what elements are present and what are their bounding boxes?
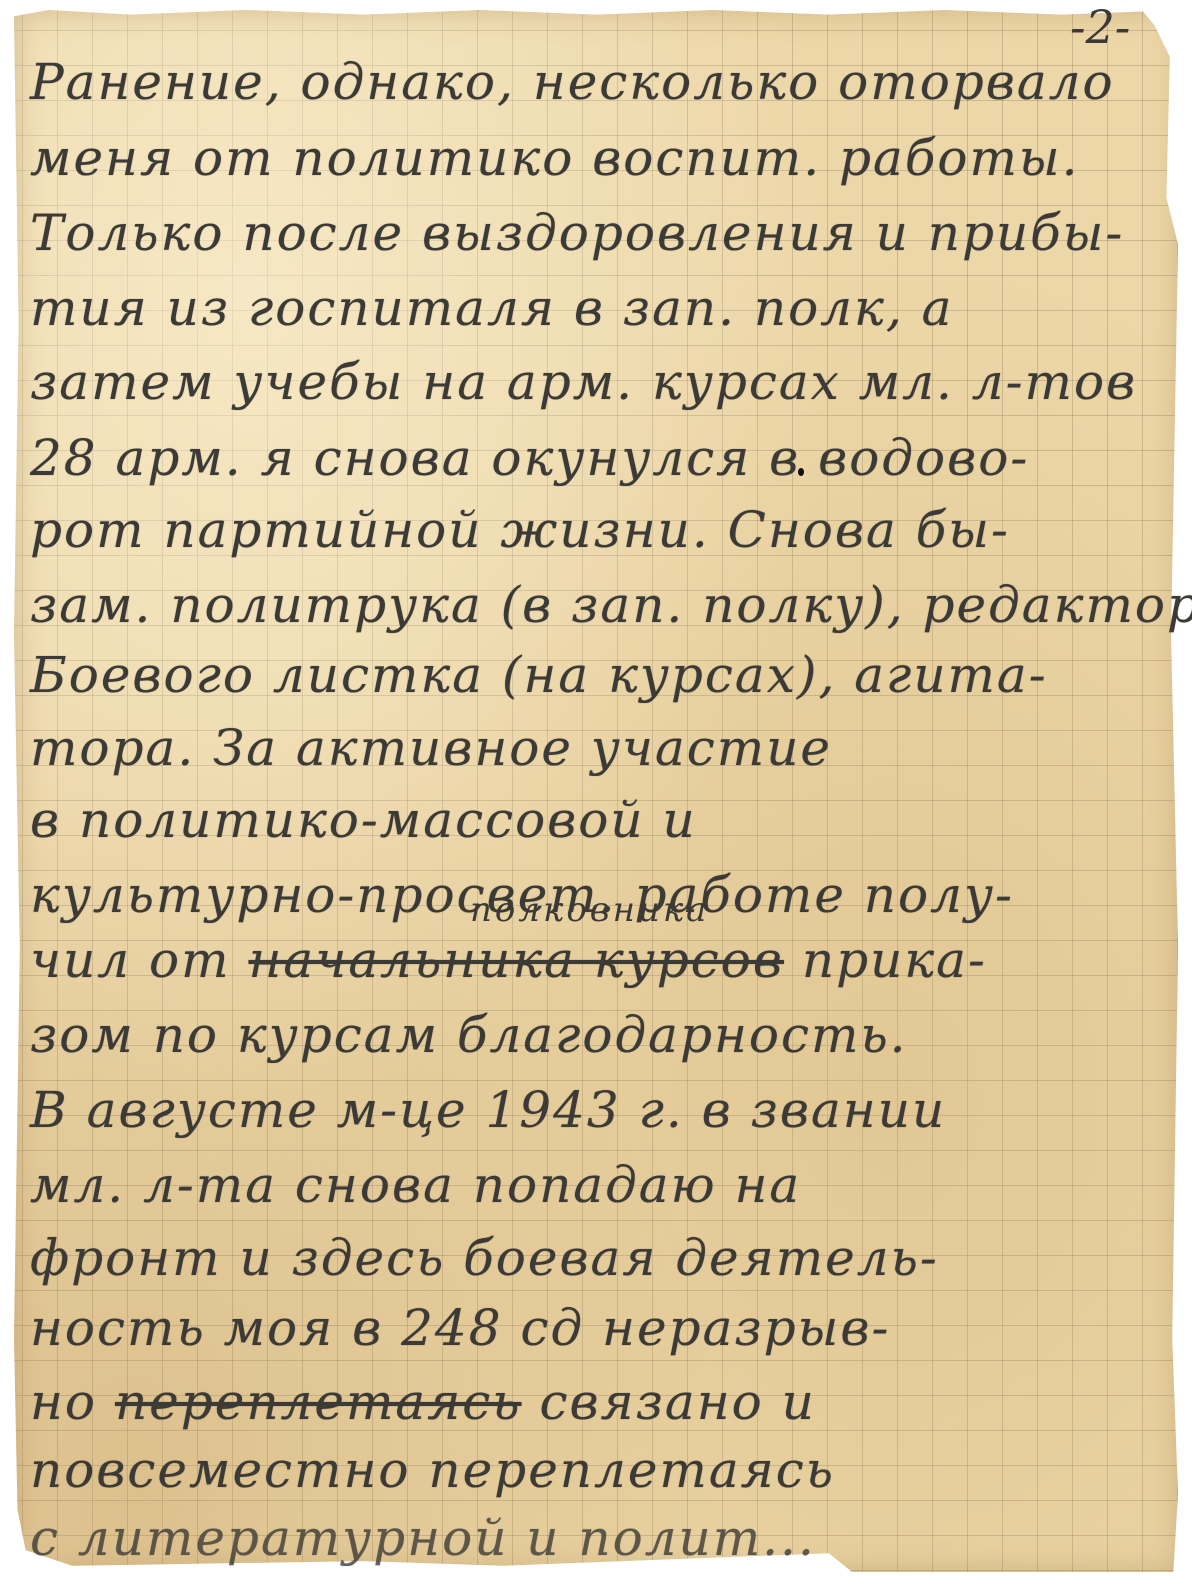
text-line-6: 28 арм. я снова окунулся в водово- [30, 428, 1029, 488]
text-line-13: чил от начальника курсов прика- [30, 930, 987, 990]
text-line-14: зом по курсам благодарность. [30, 1005, 908, 1065]
text-line-2: меня от политико воспит. работы. [30, 128, 1079, 188]
text-line-13-end: прика- [802, 931, 987, 989]
text-line-7: рот партийной жизни. Снова бы- [30, 500, 1010, 560]
text-line-19: но переплетаясь связано и [30, 1372, 816, 1432]
ink-dot [798, 468, 804, 476]
text-line-19-start: но [30, 1373, 97, 1431]
text-line-18: ность моя в 248 сд неразрыв- [30, 1298, 890, 1358]
text-line-16: мл. л-та снова попадаю на [30, 1155, 801, 1215]
text-line-19-end: связано и [539, 1373, 815, 1431]
text-line-21: с литературной и полит... [30, 1508, 816, 1568]
text-line-17: фронт и здесь боевая деятель- [30, 1228, 939, 1288]
text-line-4: тия из госпиталя в зап. полк, а [30, 278, 953, 338]
text-line-13-start: чил от [30, 931, 231, 989]
text-line-1: Ранение, однако, несколько оторвало [30, 52, 1115, 112]
text-line-15: В августе м-це 1943 г. в звании [30, 1080, 946, 1140]
page-number: -2- [1070, 0, 1130, 54]
text-line-5: затем учебы на арм. курсах мл. л-тов [30, 352, 1137, 412]
text-line-11: в политико-массовой и [30, 790, 697, 850]
crossed-out-text: начальника курсов [248, 931, 784, 989]
crossed-out-text: переплетаясь [115, 1373, 522, 1431]
text-line-10: тора. За активное участие [30, 718, 832, 778]
text-line-9: Боевого листка (на курсах), агита- [30, 645, 1048, 705]
text-line-20: повсеместно переплетаясь [30, 1440, 835, 1500]
text-line-3: Только после выздоровления и прибы- [30, 203, 1124, 263]
text-line-8: зам. политрука (в зап. полку), редактора [30, 575, 1192, 635]
insertion-text: полковника [470, 890, 709, 930]
